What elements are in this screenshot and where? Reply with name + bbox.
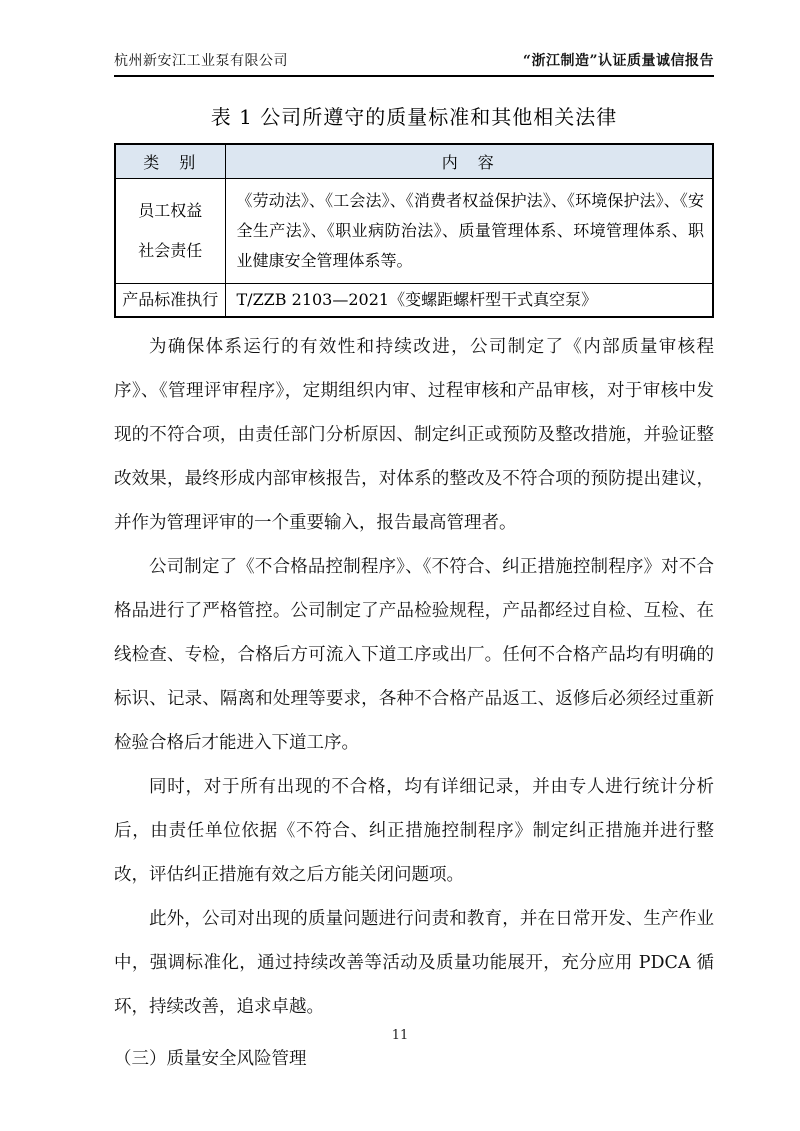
paragraph-1: 为确保体系运行的有效性和持续改进，公司制定了《内部质量审核程序》、《管理评审程序… <box>114 325 714 545</box>
table-title: 表 1 公司所遵守的质量标准和其他相关法律 <box>114 101 714 130</box>
paragraph-3: 同时，对于所有出现的不合格，均有详细记录，并由专人进行统计分析后，由责任单位依据… <box>114 765 714 897</box>
table-header-content: 内 容 <box>225 144 713 178</box>
document-page: 杭州新安江工业泵有限公司 “浙江制造”认证质量诚信报告 表 1 公司所遵守的质量… <box>0 0 800 1131</box>
content-area: 杭州新安江工业泵有限公司 “浙江制造”认证质量诚信报告 表 1 公司所遵守的质量… <box>114 0 714 1081</box>
section-heading: （三）质量安全风险管理 <box>114 1037 714 1081</box>
body-text: 为确保体系运行的有效性和持续改进，公司制定了《内部质量审核程序》、《管理评审程序… <box>114 325 714 1081</box>
table-header-category: 类 别 <box>115 144 225 178</box>
table-header-row: 类 别 内 容 <box>115 144 713 178</box>
category-cell: 员工权益 社会责任 <box>115 178 225 283</box>
standards-table: 类 别 内 容 员工权益 社会责任 《劳动法》、《工会法》、《消费者权益保护法》… <box>114 143 714 318</box>
table-row-employee-rights: 员工权益 社会责任 《劳动法》、《工会法》、《消费者权益保护法》、《环境保护法》… <box>115 178 713 283</box>
header-report-title: “浙江制造”认证质量诚信报告 <box>523 52 714 70</box>
paragraph-2: 公司制定了《不合格品控制程序》、《不符合、纠正措施控制程序》对不合格品进行了严格… <box>114 545 714 765</box>
header-company-name: 杭州新安江工业泵有限公司 <box>114 52 288 70</box>
page-header: 杭州新安江工业泵有限公司 “浙江制造”认证质量诚信报告 <box>114 52 714 77</box>
paragraph-4: 此外，公司对出现的质量问题进行问责和教育，并在日常开发、生产作业中，强调标准化，… <box>114 897 714 1029</box>
category-line: 员工权益 <box>116 191 225 231</box>
table-row-product-standard: 产品标准执行 T/ZZB 2103—2021《变螺距螺杆型干式真空泵》 <box>115 283 713 317</box>
category-line: 社会责任 <box>116 231 225 271</box>
content-cell: 《劳动法》、《工会法》、《消费者权益保护法》、《环境保护法》、《安全生产法》、《… <box>225 178 713 283</box>
category-cell: 产品标准执行 <box>115 283 225 317</box>
content-cell: T/ZZB 2103—2021《变螺距螺杆型干式真空泵》 <box>225 283 713 317</box>
page-number: 11 <box>0 1028 800 1043</box>
